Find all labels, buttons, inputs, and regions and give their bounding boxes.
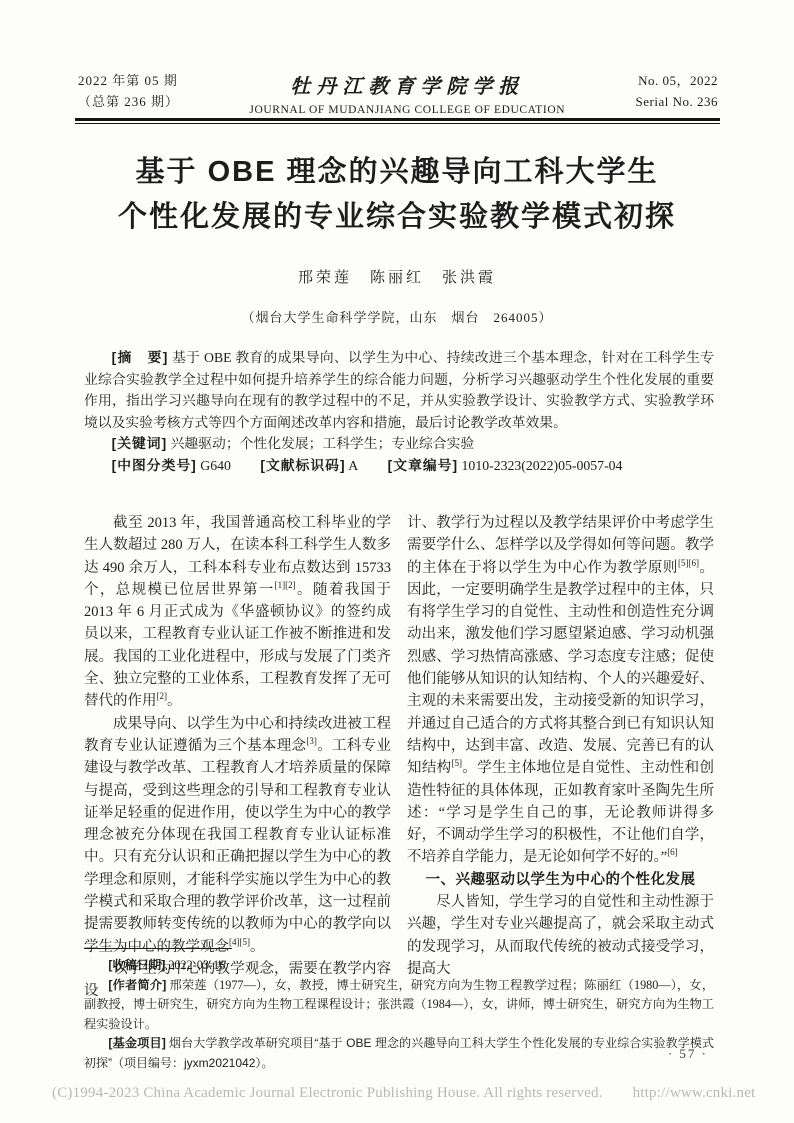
author-names: 邢荣莲 陈丽红 张洪霞 xyxy=(0,266,794,287)
footnote-separator xyxy=(84,948,232,949)
article-title-line1: 基于 OBE 理念的兴趣导向工科大学生 xyxy=(136,156,659,188)
clc-label: [中图分类号] xyxy=(112,458,197,473)
article-title: 基于 OBE 理念的兴趣导向工科大学生 个性化发展的专业综合实验教学模式初探 xyxy=(0,150,794,240)
article-meta: [摘 要] 基于 OBE 教育的成果导向、以学生为中心、持续改进三个基本理念，针… xyxy=(84,347,714,476)
body-paragraph: 成果导向、以学生为中心和持续改进被工程教育专业认证遵循为三个基本理念[3]。工科… xyxy=(84,713,391,958)
keywords-text: 兴趣驱动；个性化发展；工科学生；专业综合实验 xyxy=(171,436,475,451)
article-title-line2: 个性化发展的专业综合实验教学模式初探 xyxy=(118,201,676,233)
header-double-rule xyxy=(75,118,720,124)
issue-en-line2: Serial No. 236 xyxy=(636,91,718,112)
copyright-line: (C)1994-2023 China Academic Journal Elec… xyxy=(52,1085,774,1102)
issue-info-cn: 2022 年第 05 期 （总第 236 期） xyxy=(78,70,179,112)
article-id-label: [文章编号] xyxy=(388,458,458,473)
received-date-label: [收稿日期] xyxy=(108,958,165,972)
clc-segment: [中图分类号] G640 xyxy=(112,458,231,473)
keywords-paragraph: [关键词] 兴趣驱动；个性化发展；工科学生；专业综合实验 xyxy=(84,433,714,455)
fund-project-text: 烟台大学教学改革研究项目“基于 OBE 理念的兴趣导向工科大学生个性化发展的专业… xyxy=(84,1036,714,1070)
abstract-text: 基于 OBE 教育的成果导向、以学生为中心、持续改进三个基本理念，针对在工科学生… xyxy=(84,350,714,430)
classification-paragraph: [中图分类号] G640 [文献标识码] A [文章编号] 1010-2323(… xyxy=(84,455,714,477)
citation-superscript: [3] xyxy=(306,736,317,746)
section-heading: 一、兴趣驱动以学生为中心的个性化发展 xyxy=(407,869,714,891)
journal-name-cn: 牡丹江教育学院学报 xyxy=(179,70,636,99)
abstract-label: [摘 要] xyxy=(112,350,169,365)
copyright-text: (C)1994-2023 China Academic Journal Elec… xyxy=(52,1085,603,1101)
body-paragraph: 计、教学行为过程以及教学结果评价中考虑学生需要学什么、怎样学以及学得如何等问题。… xyxy=(407,512,714,869)
body-column-right: 计、教学行为过程以及教学结果评价中考虑学生需要学什么、怎样学以及学得如何等问题。… xyxy=(407,512,714,952)
fund-project-label: [基金项目] xyxy=(108,1036,165,1050)
author-bio-text: 邢荣莲（1977—），女，教授，博士研究生，研究方向为生物工程教学过程；陈丽红（… xyxy=(84,978,714,1031)
article-id-value: 1010-2323(2022)05-0057-04 xyxy=(462,458,623,473)
citation-superscript: [5][6] xyxy=(678,558,699,568)
issue-en-line1: No. 05，2022 xyxy=(636,70,718,91)
issue-cn-line1: 2022 年第 05 期 xyxy=(78,70,179,91)
citation-superscript: [2] xyxy=(157,692,168,702)
doc-code-label: [文献标识码] xyxy=(260,458,345,473)
citation-superscript: [1][2] xyxy=(275,580,296,590)
body-column-left: 截至 2013 年，我国普通高校工科毕业的学生人数超过 280 万人，在读本科工… xyxy=(84,512,391,952)
page-number: · 57 · xyxy=(668,1046,708,1062)
body-paragraph: 截至 2013 年，我国普通高校工科毕业的学生人数超过 280 万人，在读本科工… xyxy=(84,512,391,713)
journal-header: 2022 年第 05 期 （总第 236 期） 牡丹江教育学院学报 JOURNA… xyxy=(78,70,718,116)
keywords-label: [关键词] xyxy=(112,436,168,451)
fund-project-note: [基金项目] 烟台大学教学改革研究项目“基于 OBE 理念的兴趣导向工科大学生个… xyxy=(84,1034,714,1073)
received-date-value: 2022-03-16 xyxy=(168,958,225,972)
copyright-url: http://www.cnki.net xyxy=(633,1085,756,1101)
doc-code-segment: [文献标识码] A xyxy=(260,458,358,473)
received-date-note: [收稿日期] 2022-03-16 xyxy=(84,956,714,976)
author-bio-note: [作者简介] 邢荣莲（1977—），女，教授，博士研究生，研究方向为生物工程教学… xyxy=(84,976,714,1035)
journal-page: 2022 年第 05 期 （总第 236 期） 牡丹江教育学院学报 JOURNA… xyxy=(0,0,794,1123)
abstract-paragraph: [摘 要] 基于 OBE 教育的成果导向、以学生为中心、持续改进三个基本理念，针… xyxy=(84,347,714,433)
issue-info-en: No. 05，2022 Serial No. 236 xyxy=(636,70,718,112)
journal-name-en: JOURNAL OF MUDANJIANG COLLEGE OF EDUCATI… xyxy=(179,104,636,116)
body-columns: 截至 2013 年，我国普通高校工科毕业的学生人数超过 280 万人，在读本科工… xyxy=(84,512,714,952)
author-bio-label: [作者简介] xyxy=(108,978,166,992)
author-affiliation: （烟台大学生命科学学院，山东 烟台 264005） xyxy=(0,307,794,326)
article-id-segment: [文章编号] 1010-2323(2022)05-0057-04 xyxy=(388,458,623,473)
issue-cn-line2: （总第 236 期） xyxy=(78,91,179,112)
doc-code-value: A xyxy=(348,458,358,473)
clc-value: G640 xyxy=(200,458,231,473)
journal-name-block: 牡丹江教育学院学报 JOURNAL OF MUDANJIANG COLLEGE … xyxy=(179,70,636,116)
citation-superscript: [4][5] xyxy=(229,937,250,947)
citation-superscript: [6] xyxy=(667,848,678,858)
footnote-block: [收稿日期] 2022-03-16 [作者简介] 邢荣莲（1977—），女，教授… xyxy=(84,948,714,1074)
citation-superscript: [5] xyxy=(451,758,462,768)
